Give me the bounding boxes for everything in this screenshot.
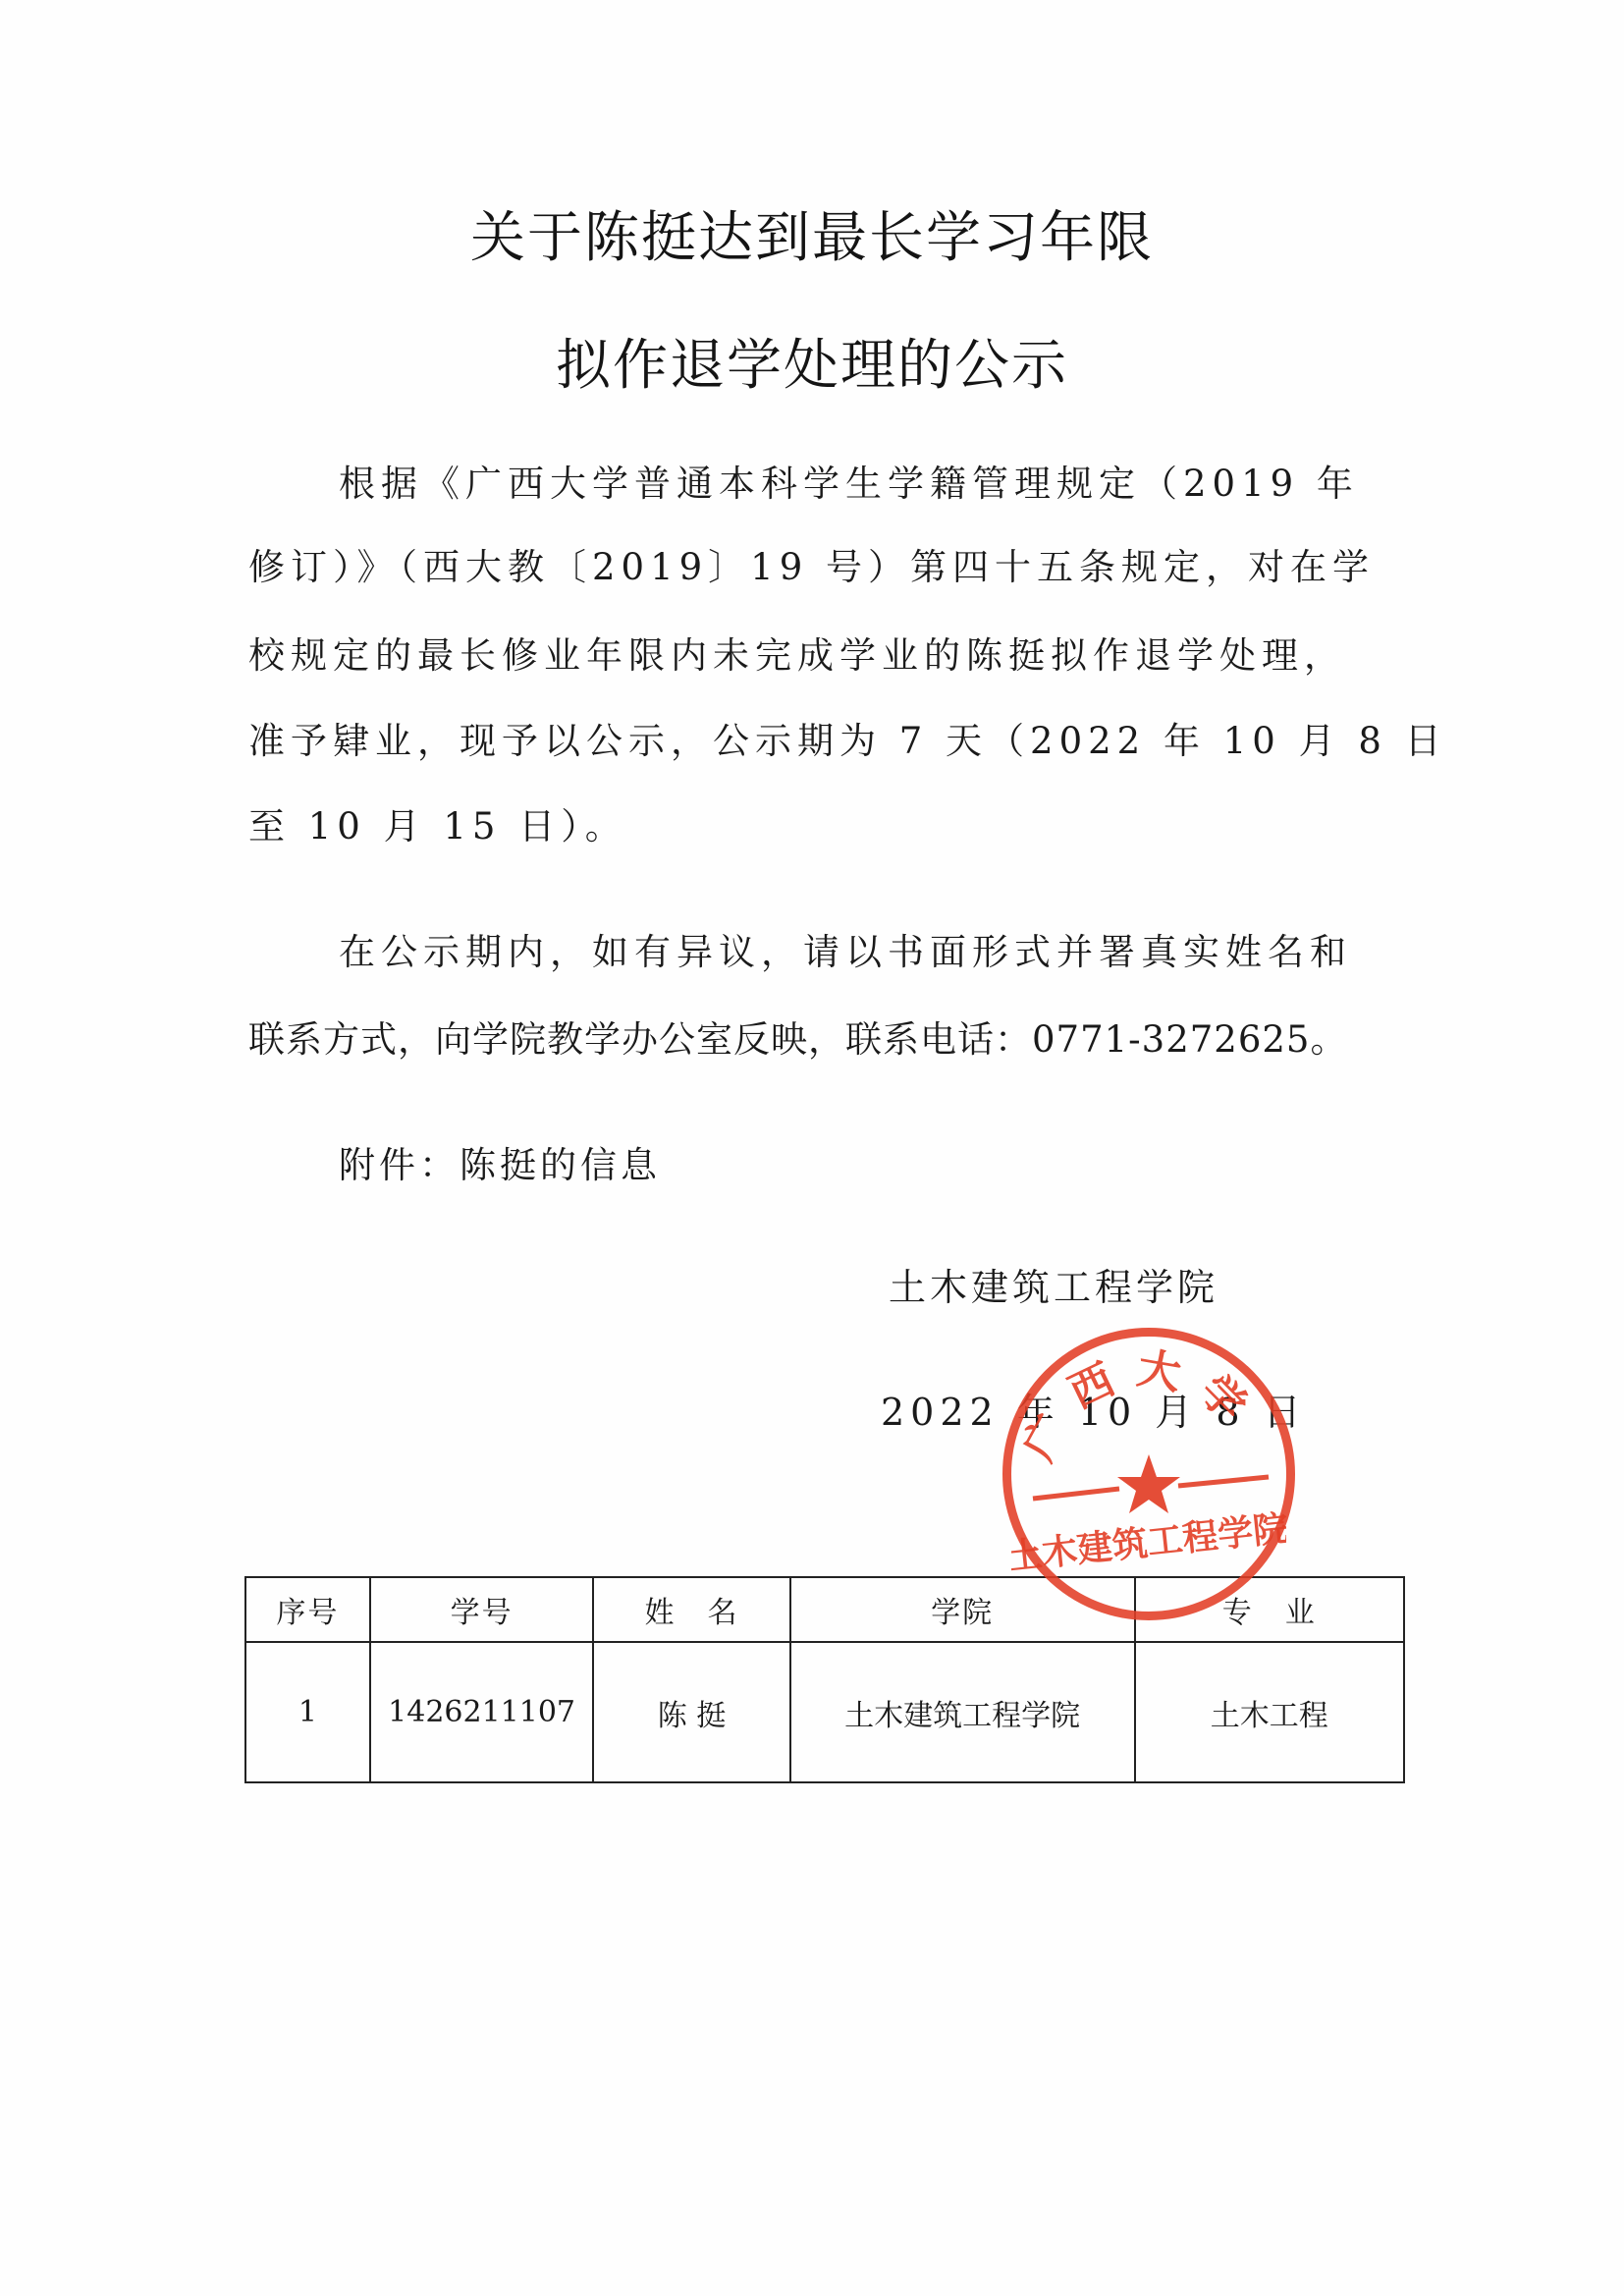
title-line-2: 拟作退学处理的公示 [0, 322, 1624, 401]
star-icon [1117, 1454, 1180, 1513]
title-line-1: 关于陈挺达到最长学习年限 [0, 194, 1624, 273]
paragraph-line: 在公示期内，如有异议，请以书面形式并署真实姓名和 [339, 928, 1478, 977]
paragraph-line: 根据《广西大学普通本科学生学籍管理规定（2019 年 [339, 460, 1478, 509]
header-major: 专 业 [1135, 1577, 1404, 1642]
paragraph-line: 至 10 月 15 日）。 [248, 802, 1387, 851]
cell-major: 土木工程 [1135, 1642, 1404, 1782]
cell-seq: 1 [245, 1642, 370, 1782]
paragraph-line: 修订）》（西大教〔2019〕19 号）第四十五条规定，对在学 [248, 543, 1387, 592]
header-college: 学院 [790, 1577, 1135, 1642]
seal-graphic-icon: 广西大学 土木建筑工程学院 [1011, 1337, 1286, 1612]
attachment-note: 附件：陈挺的信息 [339, 1141, 1478, 1190]
header-student-id: 学号 [370, 1577, 594, 1642]
cell-college: 土木建筑工程学院 [790, 1642, 1135, 1782]
header-seq: 序号 [245, 1577, 370, 1642]
document-page: 关于陈挺达到最长学习年限 拟作退学处理的公示 根据《广西大学普通本科学生学籍管理… [0, 0, 1624, 2296]
table-header-row: 序号 学号 姓 名 学院 专 业 [245, 1577, 1404, 1642]
signature-organization: 土木建筑工程学院 [889, 1263, 1218, 1312]
paragraph-line: 准予肄业，现予以公示，公示期为 7 天（2022 年 10 月 8 日 [248, 717, 1387, 766]
header-name: 姓 名 [593, 1577, 789, 1642]
student-info-table: 序号 学号 姓 名 学院 专 业 1 1426211107 陈 挺 土木建筑工程… [244, 1576, 1405, 1783]
paragraph-line: 校规定的最长修业年限内未完成学业的陈挺拟作退学处理， [248, 631, 1387, 681]
cell-name: 陈 挺 [593, 1642, 789, 1782]
seal-bottom-text: 土木建筑工程学院 [1011, 1508, 1286, 1578]
paragraph-line: 联系方式，向学院教学办公室反映，联系电话：0771-3272625。 [248, 1015, 1387, 1065]
cell-student-id: 1426211107 [370, 1642, 594, 1782]
signature-date: 2022 年 10 月 8 日 [881, 1388, 1307, 1437]
table-row: 1 1426211107 陈 挺 土木建筑工程学院 土木工程 [245, 1642, 1404, 1782]
